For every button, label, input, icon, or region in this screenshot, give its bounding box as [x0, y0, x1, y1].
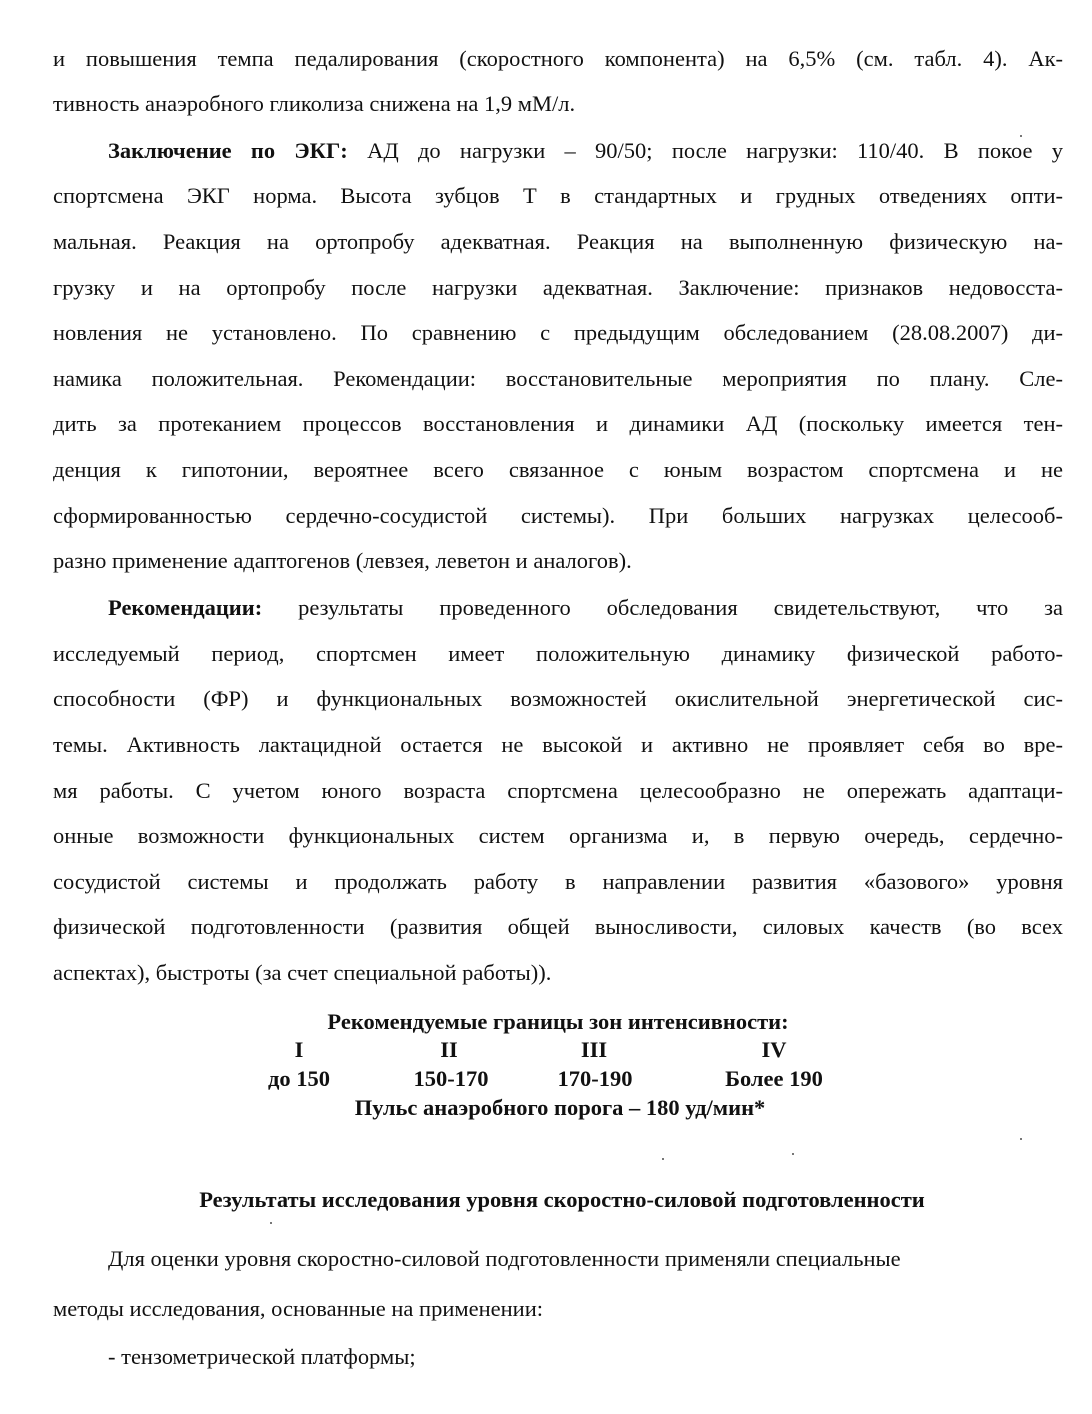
recommendations-line: сосудистой системы и продолжать работу в…	[53, 867, 1063, 897]
ecg-line: разно применение адаптогенов (левзея, ле…	[53, 546, 1063, 576]
ecg-line: сформированностью сердечно-сосудистой си…	[53, 501, 1063, 531]
intro-line-2: тивность анаэробного гликолиза снижена н…	[53, 89, 1063, 119]
zone-numeral-1: I	[219, 1036, 379, 1064]
ecg-line: грузку и на ортопробу после нагрузки аде…	[53, 273, 1063, 303]
ecg-line: спортсмена ЭКГ норма. Высота зубцов Т в …	[53, 181, 1063, 211]
recommendations-line: мя работы. С учетом юного возраста спорт…	[53, 776, 1063, 806]
scan-speck	[1020, 135, 1022, 137]
section-heading: Результаты исследования уровня скоростно…	[16, 1186, 1092, 1214]
zone-numeral-3: III	[514, 1036, 674, 1064]
section-line: Для оценки уровня скоростно-силовой подг…	[108, 1244, 1048, 1274]
ecg-conclusion-heading: Заключение по ЭКГ:	[108, 138, 348, 163]
recommendations-line: способности (ФР) и функциональных возмож…	[53, 684, 1063, 714]
ecg-line: новления не установлено. По сравнению с …	[53, 318, 1063, 348]
zone-range-2: 150-170	[371, 1065, 531, 1093]
zone-numeral-4: IV	[694, 1036, 854, 1064]
anaerobic-threshold: Пульс анаэробного порога – 180 уд/мин*	[14, 1094, 1092, 1122]
list-item: - тензометрической платформы;	[108, 1342, 1063, 1372]
scan-speck	[270, 1222, 272, 1224]
ecg-line: денция к гипотонии, вероятнее всего связ…	[53, 455, 1063, 485]
scan-speck	[792, 1153, 794, 1155]
zone-range-4: Более 190	[694, 1065, 854, 1093]
recommendations-text: результаты проведенного обследования сви…	[262, 595, 1063, 620]
intro-line-1: и повышения темпа педалирования (скорост…	[53, 44, 1063, 74]
recommendations-first-line: Рекомендации: результаты проведенного об…	[108, 593, 1063, 623]
recommendations-line: аспектах), быстроты (за счет специальной…	[53, 958, 1063, 988]
zone-range-1: до 150	[219, 1065, 379, 1093]
recommendations-line: физической подготовленности (развития об…	[53, 912, 1063, 942]
document-page: и повышения темпа педалирования (скорост…	[0, 0, 1092, 1414]
ecg-line: мальная. Реакция на ортопробу адекватная…	[53, 227, 1063, 257]
recommendations-line: темы. Активность лактацидной остается не…	[53, 730, 1063, 760]
recommendations-line: исследуемый период, спортсмен имеет поло…	[53, 639, 1063, 669]
ecg-line: намика положительная. Рекомендации: восс…	[53, 364, 1063, 394]
scan-speck	[662, 1158, 664, 1160]
ecg-conclusion-first-line: Заключение по ЭКГ: АД до нагрузки – 90/5…	[108, 136, 1063, 166]
zone-range-3: 170-190	[515, 1065, 675, 1093]
intensity-zones-title: Рекомендуемые границы зон интенсивности:	[12, 1008, 1092, 1036]
recommendations-heading: Рекомендации:	[108, 595, 262, 620]
ecg-line: дить за протеканием процессов восстановл…	[53, 409, 1063, 439]
section-line: методы исследования, основанные на приме…	[53, 1294, 1063, 1324]
ecg-conclusion-text: АД до нагрузки – 90/50; после нагрузки: …	[348, 138, 1063, 163]
scan-speck	[1020, 1138, 1022, 1140]
recommendations-line: онные возможности функциональных систем …	[53, 821, 1063, 851]
zone-numeral-2: II	[369, 1036, 529, 1064]
